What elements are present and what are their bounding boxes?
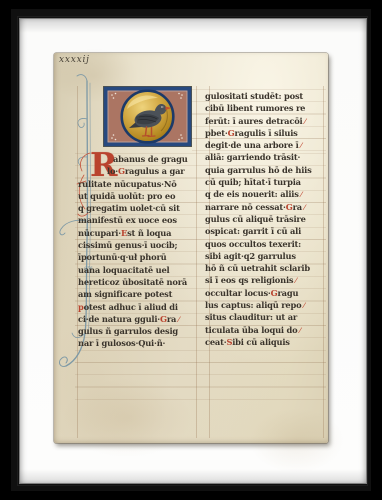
text-line: cū quib; hītat·ī turpia (205, 176, 329, 188)
text-line: am significare potest (78, 288, 204, 300)
feet (143, 136, 156, 137)
text-line: lus captus: aliqū repo⁄ (205, 299, 329, 311)
text-line: ci·de natura gguli·Gra⁄ (78, 313, 204, 325)
text-line: hereticoz ūbositatē norā (78, 276, 204, 288)
manuscript-page: xxxxij (54, 53, 328, 443)
text-line: manifestū ex uoce eos (78, 214, 204, 226)
text-line: si ī eos qs religionis⁄ (205, 274, 329, 286)
text-line: occultar locus·Gragu (205, 287, 329, 299)
miniature-bird-panel (103, 86, 192, 147)
text-line: cibū libent rumores re (205, 102, 329, 114)
text-column-left: abanus de gragulo·Gragulus a garrulitate… (78, 153, 204, 350)
text-line: quos occultos texerit: (205, 238, 329, 250)
white-matte: xxxxij (20, 19, 366, 483)
text-line: pbet·Gragulis ī siluis (205, 127, 329, 139)
text-line: ut quidā uolūt: pro eo (78, 190, 204, 202)
text-line: situs clauditur: ut ar (205, 311, 329, 323)
text-line: gulus cū aliquē trāsire (205, 213, 329, 225)
text-line: aliā: garriendo trāsit· (205, 151, 329, 163)
text-line: q gregatim uolet·cū sit (78, 202, 204, 214)
parchment-stain (62, 378, 192, 458)
text-line: ospicat: garrit ī cū ali (205, 225, 329, 237)
text-line: gulositati studēt: post (205, 90, 329, 102)
text-line: nūcupari·Est ñ loqua (78, 227, 204, 239)
text-line: hō ñ cū uetrahit sclarib (205, 262, 329, 274)
text-line: uana loquacitatē uel (78, 264, 204, 276)
text-line: ceat·Sibi cū aliquis (205, 336, 329, 348)
folio-number: xxxxij (59, 55, 90, 65)
text-line: īportunū·q·uł phorū (78, 251, 204, 263)
text-line: lo·Gragulus a gar (78, 165, 204, 177)
text-line: quia garrulus hō de hiis (205, 164, 329, 176)
text-line: ferūt: ī aures detracōi⁄ (205, 115, 329, 127)
text-line: abanus de gragu (78, 153, 204, 165)
text-line: q de eis nouerit: aliis⁄ (205, 188, 329, 200)
text-line: potest adhuc ī aliud di (78, 301, 204, 313)
text-column-right: gulositati studēt: postcibū libent rumor… (205, 90, 329, 348)
text-line: sibi agit·q2 garrulus (205, 250, 329, 262)
text-line: gulus ñ garrulos desig (78, 325, 204, 337)
text-line: nar ī gulosos·Qui·ñ· (78, 337, 204, 349)
text-line: narrare nō cessat·Gra⁄ (205, 201, 329, 213)
text-line: rulitate nūcupatus·Nō (78, 178, 204, 190)
text-line: degit·de una arbore ī⁄ (205, 139, 329, 151)
text-line: ticulata ūba loqui do⁄ (205, 324, 329, 336)
parchment-stain (249, 408, 344, 473)
framed-manuscript-photo: xxxxij (0, 0, 382, 500)
text-line: cissimū genus·ī uocib; (78, 239, 204, 251)
